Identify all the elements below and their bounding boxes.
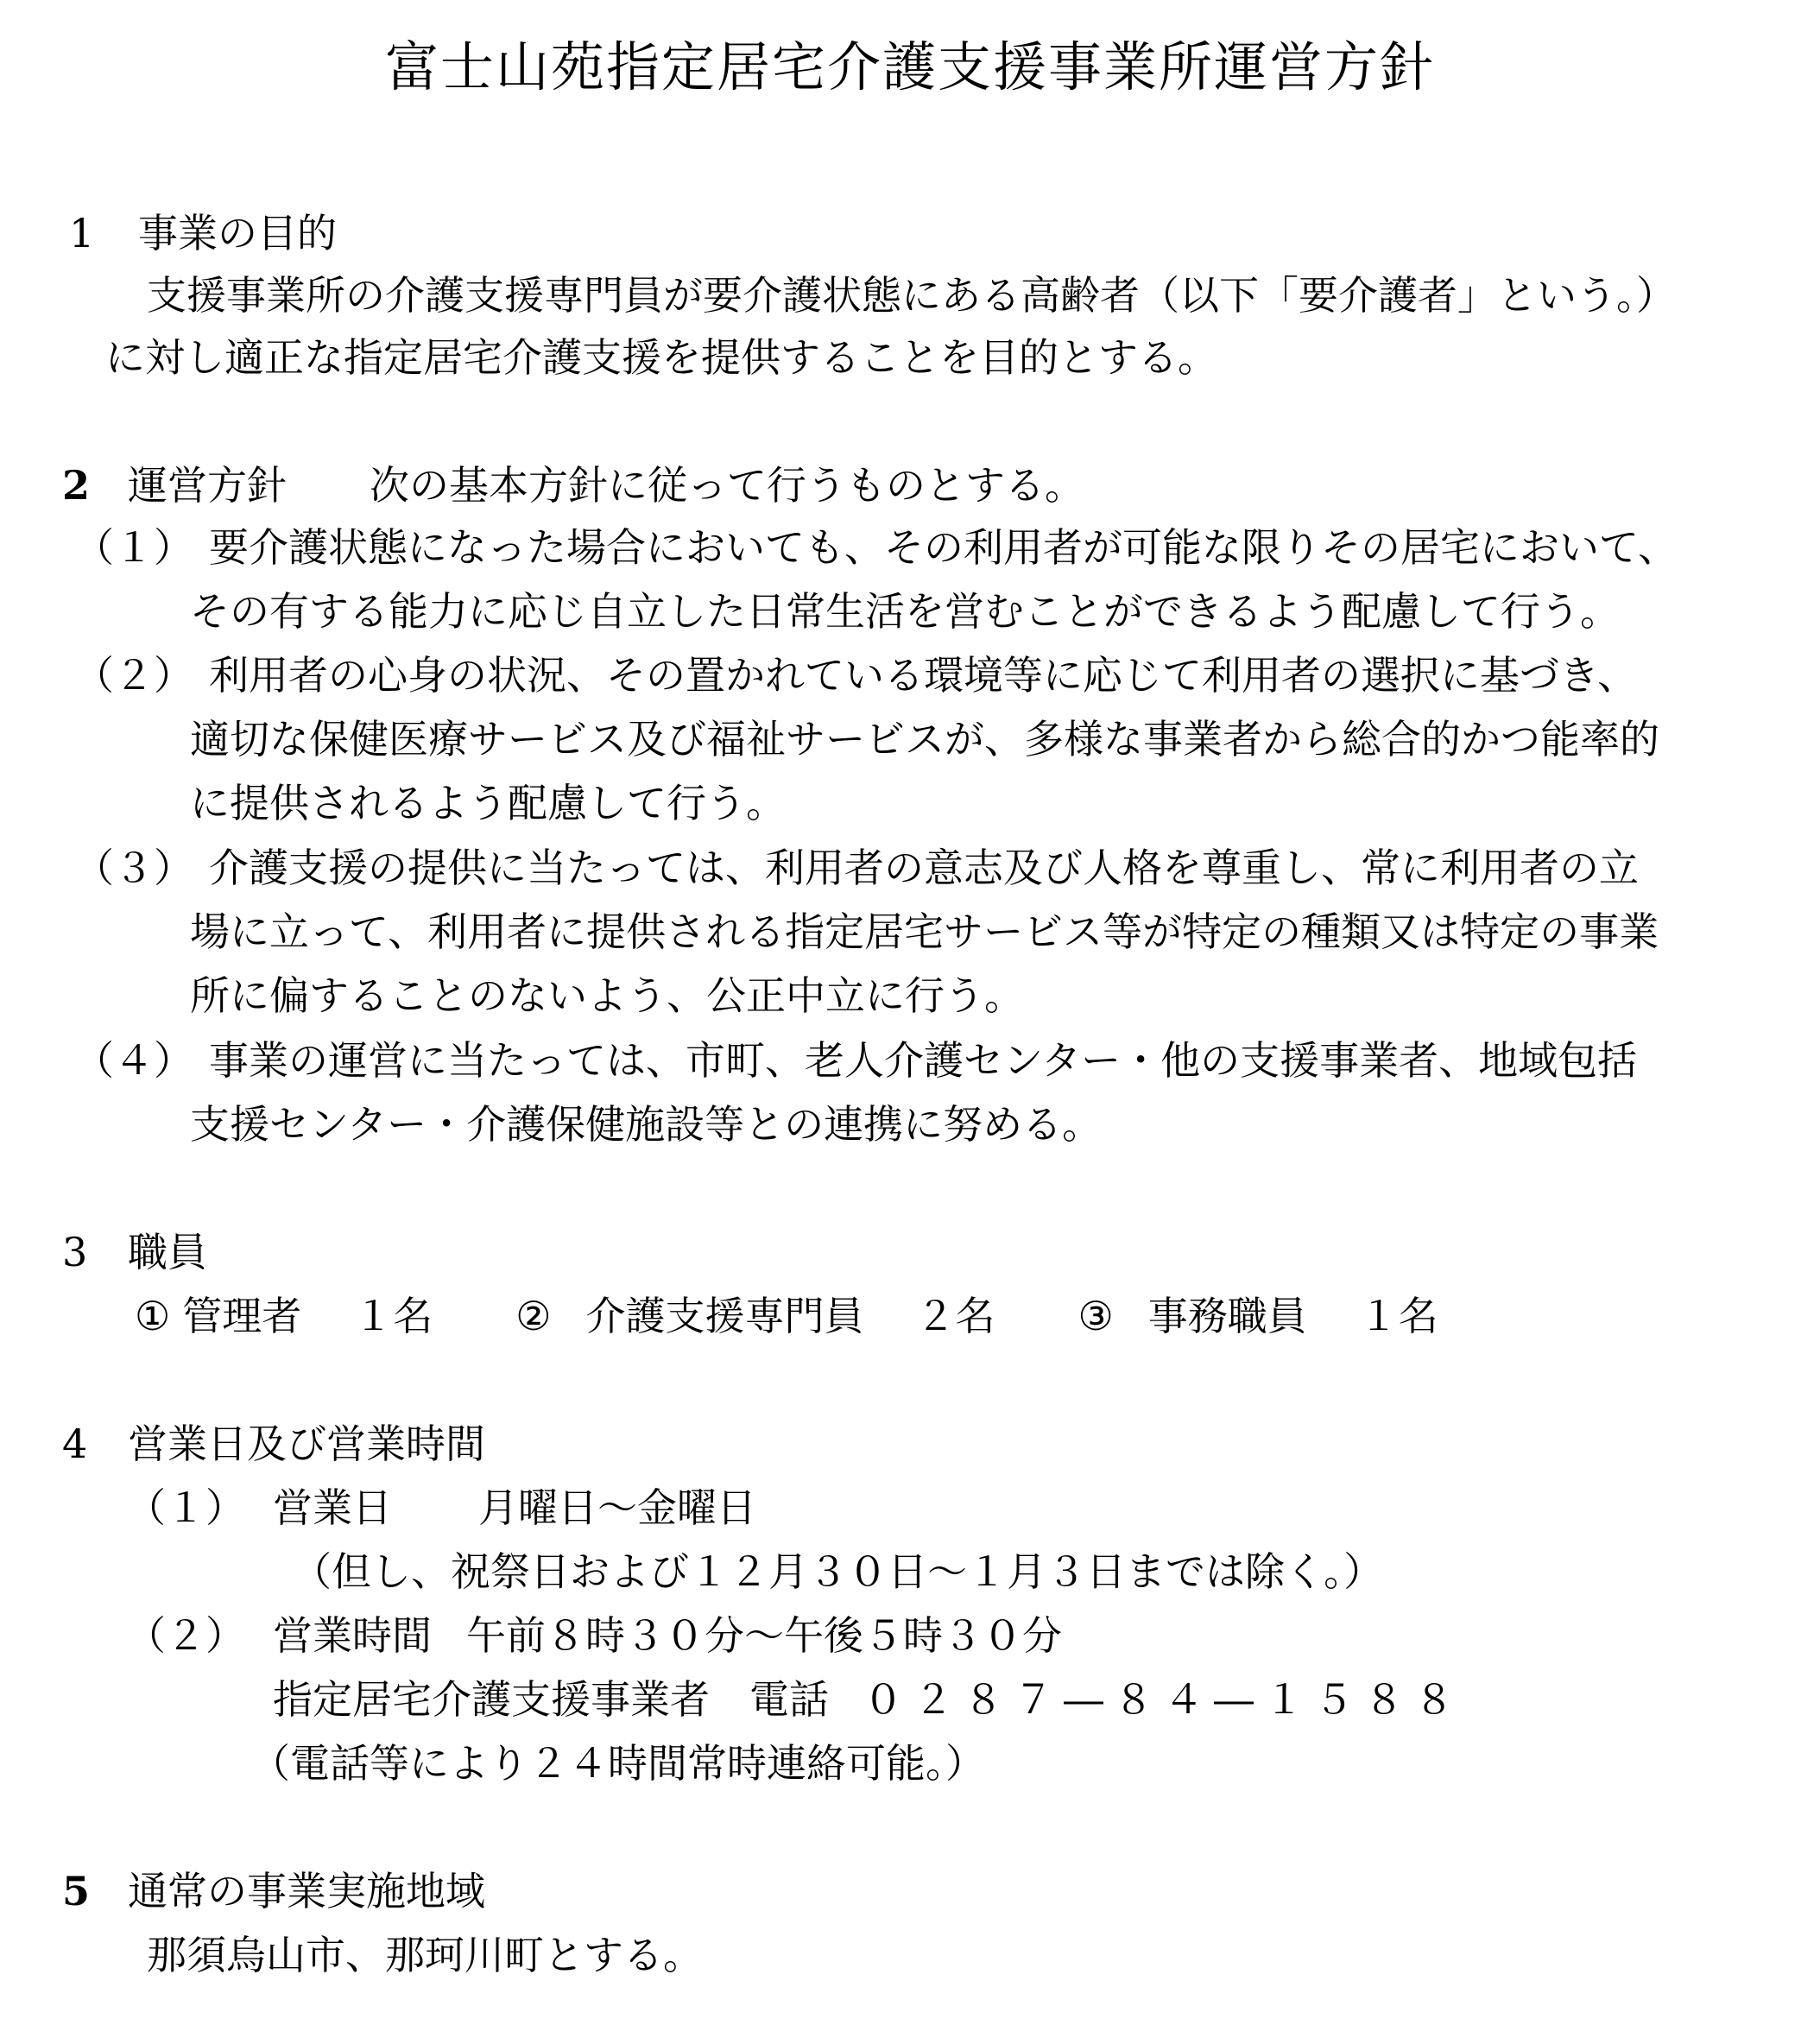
business-hours-value: 午前８時３０分～午後５時３０分 [466,1612,1062,1659]
item-label: （１） [74,522,209,573]
section-title: 通常の事業実施地域 [128,1868,485,1914]
section-5-heading: 5通常の事業実施地域 [62,1865,485,1917]
section-number: 4 [62,1418,128,1470]
section-number: 5 [62,1865,128,1917]
item-label: （２） [126,1610,273,1661]
policy-item-3-cont: 場に立って、利用者に提供される指定居宅サービス等が特定の種類又は特定の事業 [190,906,1659,958]
item-line: 事業の運営に当たっては、市町、老人介護センター・他の支援事業者、地域包括 [209,1037,1637,1084]
phone-label: 指定居宅介護支援事業者 電話 [273,1676,829,1723]
phone-row: 指定居宅介護支援事業者 電話０２８７―８４―１５８８ [273,1674,1464,1725]
business-hours-row: （２）営業時間午前８時３０分～午後５時３０分 [126,1610,1062,1661]
business-days-value: 月曜日～金曜日 [478,1484,756,1531]
item-line: 利用者の心身の状況、その置かれている環境等に応じて利用者の選択に基づき、 [209,652,1637,699]
staff-count: １名 [1359,1293,1438,1339]
policy-item-1-cont: その有する能力に応じ自立した日常生活を営むことができるよう配慮して行う。 [190,585,1620,637]
section-title: 営業日及び営業時間 [128,1421,485,1467]
item-line: 介護支援の提供に当たっては、利用者の意志及び人格を尊重し、常に利用者の立 [209,845,1639,891]
section-number: 1 [69,207,138,259]
policy-item-4-cont: 支援センター・介護保健施設等との連携に努める。 [190,1098,1102,1150]
item-label: （２） [74,649,209,701]
section-3-heading: 3職員 [62,1226,207,1278]
policy-item-2-cont: 適切な保健医療サービス及び福祉サービスが、多様な事業者から総合的かつ能率的 [190,713,1659,765]
section-2-heading: 2運営方針次の基本方針に従って行うものとする。 [62,459,1084,511]
contact-note: （電話等により２４時間常時連絡可能。） [250,1737,985,1789]
page-title: 富士山苑指定居宅介護支援事業所運営方針 [0,33,1820,102]
staff-role: 介護支援専門員 [586,1293,864,1339]
staff-role: 事務職員 [1148,1293,1307,1339]
section-intro: 次の基本方針に従って行うものとする。 [370,462,1084,509]
section-title: 運営方針 [128,462,287,509]
staff-role: 管理者 [182,1293,301,1339]
service-area: 那須烏山市、那珂川町とする。 [147,1929,703,1981]
business-days-label: 営業日 [273,1484,392,1531]
phone-number: ０２８７―８４―１５８８ [863,1676,1464,1723]
staff-mark: ③ [1078,1293,1114,1339]
policy-item-1: （１）要介護状態になった場合においても、その利用者が可能な限りその居宅において、 [74,522,1678,573]
item-label: （４） [74,1035,209,1086]
policy-item-2: （２）利用者の心身の状況、その置かれている環境等に応じて利用者の選択に基づき、 [74,649,1637,701]
staff-count: １名 [353,1293,433,1339]
business-days-row: （１）営業日月曜日～金曜日 [126,1482,756,1534]
section-1-heading: 1事業の目的 [69,207,337,259]
item-label: （３） [74,842,209,894]
section-1-body-line: に対し適正な指定居宅介護支援を提供することを目的とする。 [105,332,1217,383]
item-label: （１） [126,1482,273,1534]
section-1-body-line: 支援事業所の介護支援専門員が要介護状態にある高齢者（以下「要介護者」という。） [147,269,1676,321]
business-hours-label: 営業時間 [273,1612,432,1659]
section-4-heading: 4営業日及び営業時間 [62,1418,485,1470]
section-title: 職員 [128,1229,207,1275]
item-line: 要介護状態になった場合においても、その利用者が可能な限りその居宅において、 [209,524,1678,571]
staff-count: ２名 [916,1293,995,1339]
business-days-note: （但し、祝祭日および１２月３０日～１月３日までは除く。） [292,1546,1383,1598]
policy-item-3-cont: 所に偏することのないよう、公正中立に行う。 [190,970,1024,1022]
section-number: 3 [62,1226,128,1278]
policy-item-3: （３）介護支援の提供に当たっては、利用者の意志及び人格を尊重し、常に利用者の立 [74,842,1639,894]
section-number: 2 [62,459,128,511]
staff-mark: ① [135,1293,170,1339]
staff-list: ①管理者１名②介護支援専門員２名③事務職員１名 [135,1290,1438,1342]
policy-item-4: （４）事業の運営に当たっては、市町、老人介護センター・他の支援事業者、地域包括 [74,1035,1637,1086]
policy-item-2-cont: に提供されるよう配慮して行う。 [190,777,786,829]
document-page: { "document": { "title": "富士山苑指定居宅介護支援事業… [0,0,1820,2025]
section-title: 事業の目的 [138,210,337,256]
staff-mark: ② [515,1293,551,1339]
